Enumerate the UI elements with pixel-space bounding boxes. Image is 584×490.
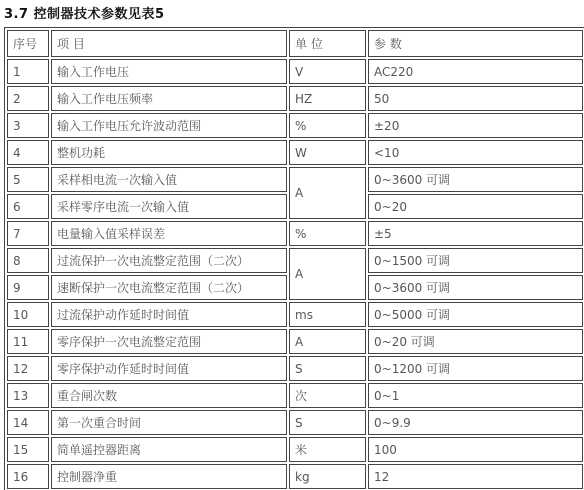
row-number-cell: 12 — [7, 356, 49, 381]
item-cell: 采样相电流一次输入值 — [51, 167, 287, 192]
row-number-cell: 13 — [7, 383, 49, 408]
item-cell: 零序保护一次电流整定范围 — [51, 329, 287, 354]
unit-cell: % — [289, 113, 366, 138]
unit-cell: S — [289, 410, 366, 435]
row-number-cell: 1 — [7, 59, 49, 84]
table-row: 12零序保护动作延时时间值S0~1200 可调 — [7, 356, 583, 381]
unit-cell: V — [289, 59, 366, 84]
value-cell: ±5 — [368, 221, 583, 246]
row-number-cell: 10 — [7, 302, 49, 327]
section-title: 3.7 控制器技术参数见表5 — [4, 3, 584, 22]
value-cell: 50 — [368, 86, 583, 111]
unit-cell: A — [289, 167, 366, 219]
table-row: 3输入工作电压允许波动范围%±20 — [7, 113, 583, 138]
unit-cell: ms — [289, 302, 366, 327]
row-number-cell: 8 — [7, 248, 49, 273]
table-row: 14第一次重合时间S0~9.9 — [7, 410, 583, 435]
value-cell: AC220 — [368, 59, 583, 84]
row-number-cell: 7 — [7, 221, 49, 246]
value-cell: 0~20 可调 — [368, 329, 583, 354]
unit-cell: S — [289, 356, 366, 381]
row-number-cell: 3 — [7, 113, 49, 138]
item-cell: 速断保护一次电流整定范围（二次） — [51, 275, 287, 300]
table-row: 1输入工作电压VAC220 — [7, 59, 583, 84]
value-cell: 0~1200 可调 — [368, 356, 583, 381]
unit-cell: A — [289, 248, 366, 300]
header-cell-value: 参 数 — [368, 30, 583, 57]
unit-cell: W — [289, 140, 366, 165]
row-number-cell: 14 — [7, 410, 49, 435]
unit-cell: HZ — [289, 86, 366, 111]
unit-cell: 次 — [289, 383, 366, 408]
value-cell: 0~3600 可调 — [368, 167, 583, 192]
item-cell: 第一次重合时间 — [51, 410, 287, 435]
table-row: 10过流保护动作延时时间值ms0~5000 可调 — [7, 302, 583, 327]
table-row: 8过流保护一次电流整定范围（二次）A0~1500 可调 — [7, 248, 583, 273]
row-number-cell: 5 — [7, 167, 49, 192]
item-cell: 零序保护动作延时时间值 — [51, 356, 287, 381]
table-row: 16控制器净重kg12 — [7, 464, 583, 489]
header-cell-unit: 单 位 — [289, 30, 366, 57]
header-cell-item: 项 目 — [51, 30, 287, 57]
table-row: 4整机功耗W<10 — [7, 140, 583, 165]
table-header-row: 序号 项 目 单 位 参 数 — [7, 30, 583, 57]
table-row: 15简单遥控器距离米100 — [7, 437, 583, 462]
document-page: 3.7 控制器技术参数见表5 序号 项 目 单 位 参 数 1输入工作电压VAC… — [0, 0, 584, 490]
row-number-cell: 9 — [7, 275, 49, 300]
item-cell: 控制器净重 — [51, 464, 287, 489]
item-cell: 输入工作电压频率 — [51, 86, 287, 111]
item-cell: 电量输入值采样误差 — [51, 221, 287, 246]
item-cell: 过流保护动作延时时间值 — [51, 302, 287, 327]
table-row: 13重合闸次数次0~1 — [7, 383, 583, 408]
item-cell: 输入工作电压允许波动范围 — [51, 113, 287, 138]
parameters-table-body: 序号 项 目 单 位 参 数 1输入工作电压VAC2202输入工作电压频率HZ5… — [7, 30, 583, 489]
unit-cell: A — [289, 329, 366, 354]
row-number-cell: 15 — [7, 437, 49, 462]
value-cell: 0~9.9 — [368, 410, 583, 435]
unit-cell: kg — [289, 464, 366, 489]
value-cell: 0~1500 可调 — [368, 248, 583, 273]
row-number-cell: 11 — [7, 329, 49, 354]
header-cell-no: 序号 — [7, 30, 49, 57]
value-cell: 0~3600 可调 — [368, 275, 583, 300]
row-number-cell: 4 — [7, 140, 49, 165]
item-cell: 简单遥控器距离 — [51, 437, 287, 462]
unit-cell: % — [289, 221, 366, 246]
value-cell: 0~5000 可调 — [368, 302, 583, 327]
value-cell: 0~20 — [368, 194, 583, 219]
unit-cell: 米 — [289, 437, 366, 462]
row-number-cell: 16 — [7, 464, 49, 489]
value-cell: 0~1 — [368, 383, 583, 408]
parameters-table: 序号 项 目 单 位 参 数 1输入工作电压VAC2202输入工作电压频率HZ5… — [4, 27, 584, 490]
item-cell: 采样零序电流一次输入值 — [51, 194, 287, 219]
value-cell: <10 — [368, 140, 583, 165]
value-cell: 100 — [368, 437, 583, 462]
table-row: 2输入工作电压频率HZ50 — [7, 86, 583, 111]
item-cell: 重合闸次数 — [51, 383, 287, 408]
item-cell: 输入工作电压 — [51, 59, 287, 84]
item-cell: 过流保护一次电流整定范围（二次） — [51, 248, 287, 273]
row-number-cell: 6 — [7, 194, 49, 219]
value-cell: 12 — [368, 464, 583, 489]
item-cell: 整机功耗 — [51, 140, 287, 165]
table-row: 7电量输入值采样误差%±5 — [7, 221, 583, 246]
row-number-cell: 2 — [7, 86, 49, 111]
table-row: 11零序保护一次电流整定范围A0~20 可调 — [7, 329, 583, 354]
value-cell: ±20 — [368, 113, 583, 138]
table-row: 5采样相电流一次输入值A0~3600 可调 — [7, 167, 583, 192]
